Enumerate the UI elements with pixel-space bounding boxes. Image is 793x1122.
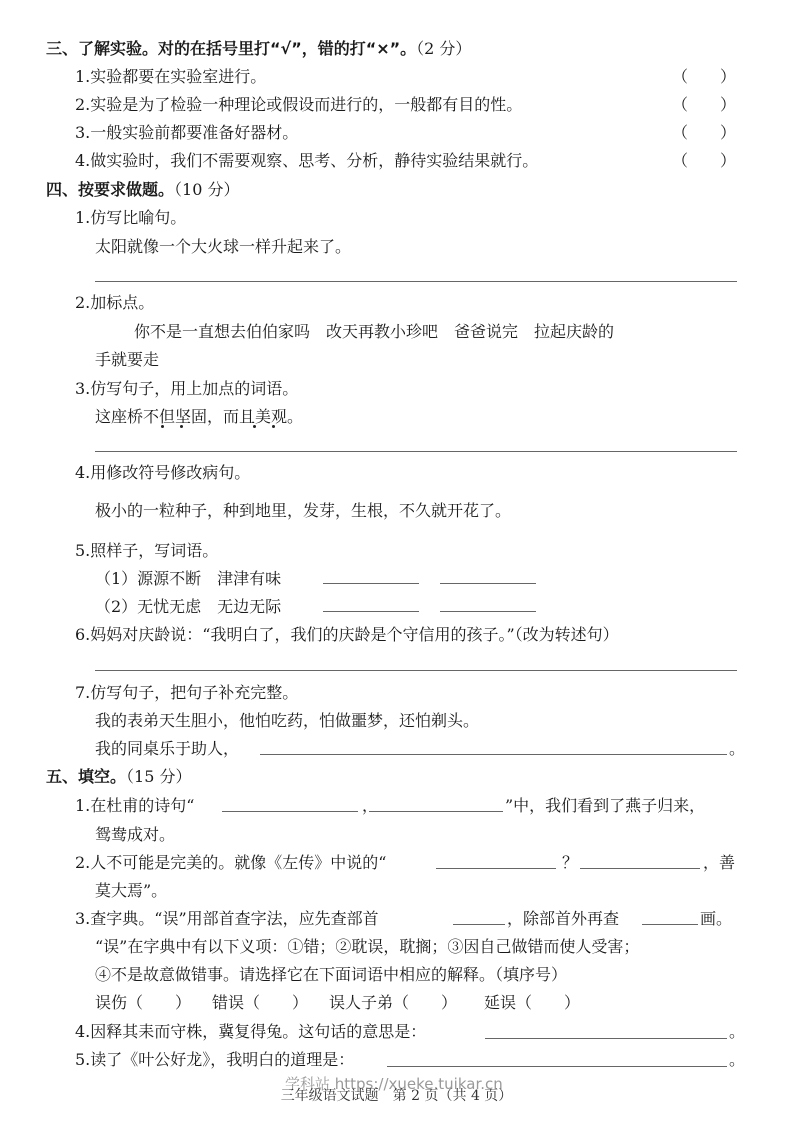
s5-q5-end: 。 xyxy=(729,1047,745,1070)
section-4-points: （10 分） xyxy=(174,180,239,199)
s5-q3-blank-strokes[interactable] xyxy=(642,924,698,925)
s4-q3-label: 3.仿写句子，用上加点的词语。 xyxy=(75,376,298,399)
s5-q2-b: ，善 xyxy=(703,850,735,873)
section-4-title: 四、按要求做题。 xyxy=(46,180,174,199)
s5-q4-text: 4.因释其耒而守株，冀复得兔。这句话的意思是： xyxy=(75,1019,426,1042)
s5-q3-blank-radical[interactable] xyxy=(453,924,505,925)
item-text: 一般实验前都要准备好器材。 xyxy=(90,123,298,142)
s5-q1-blank-2[interactable] xyxy=(369,811,503,812)
item-number: 1. xyxy=(75,67,90,86)
s4-q2-line2: 手就要走 xyxy=(95,347,159,370)
s3-answer-3[interactable]: （ ） xyxy=(672,120,736,143)
s4-q6-label: 6.妈妈对庆龄说：“我明白了，我们的庆龄是个守信用的孩子。”（改为转述句） xyxy=(75,622,619,645)
s4-q1-label: 1.仿写比喻句。 xyxy=(75,205,186,228)
s4-q7-prompt: 我的同桌乐于助人， xyxy=(95,736,239,759)
s3-answer-4[interactable]: （ ） xyxy=(672,148,736,171)
item-number: 4. xyxy=(75,151,90,170)
s4-q4-sentence: 极小的一粒种子，种到地里，发芽，生根，不久就开花了。 xyxy=(95,498,511,521)
s5-q5-text: 5.读了《叶公好龙》，我明白的道理是： xyxy=(75,1047,354,1070)
section-5-title: 五、填空。 xyxy=(46,767,126,786)
section-4-heading: 四、按要求做题。（10 分） xyxy=(46,177,239,200)
s4-q5-blank-2b[interactable] xyxy=(440,611,536,612)
section-3-title: 三、了解实验。对的在括号里打“√”，错的打“×”。 xyxy=(46,39,416,58)
s5-q2-blank-2[interactable] xyxy=(580,868,700,869)
s5-q1-blank-1[interactable] xyxy=(222,811,358,812)
s3-item-2: 2.实验是为了检验一种理论或假设而进行的，一般都有目的性。 xyxy=(75,92,522,115)
section-3-heading: 三、了解实验。对的在括号里打“√”，错的打“×”。（2 分） xyxy=(46,36,471,59)
s4-q7-end: 。 xyxy=(729,736,745,759)
s5-q3-a: 3.查字典。“误”用部首查字法，应先查部首 xyxy=(75,906,379,929)
s4-q5-row-2: （2）无忧无虑 无边无际 xyxy=(95,594,281,617)
emphasis-dot-icon xyxy=(161,425,164,428)
s3-answer-2[interactable]: （ ） xyxy=(672,92,736,115)
s4-q7-example: 我的表弟天生胆小，他怕吃药，怕做噩梦，还怕剃头。 xyxy=(95,708,479,731)
s5-q3-c: 画。 xyxy=(700,906,732,929)
s5-q3-line3: ④不是故意做错事。请选择它在下面词语中相应的解释。（填序号） xyxy=(95,962,567,985)
s3-item-4: 4.做实验时，我们不需要观察、思考、分析，静待实验结果就行。 xyxy=(75,148,538,171)
item-text: 实验都要在实验室进行。 xyxy=(90,67,266,86)
item-text: 做实验时，我们不需要观察、思考、分析，静待实验结果就行。 xyxy=(90,151,538,170)
s4-q3-answer-line[interactable] xyxy=(95,451,737,452)
s4-q6-answer-line[interactable] xyxy=(95,670,737,671)
s5-q3-b: ，除部首外再查 xyxy=(507,906,619,929)
s5-q1-line2: 鸳鸯成对。 xyxy=(95,822,175,845)
section-3-points: （2 分） xyxy=(416,39,471,58)
s5-q5-answer-line[interactable] xyxy=(387,1066,727,1067)
s5-q2-a: 2.人不可能是完美的。就像《左传》中说的“ xyxy=(75,850,386,873)
s4-q5-label: 5.照样子，写词语。 xyxy=(75,538,218,561)
s4-q5-row-1: （1）源源不断 津津有味 xyxy=(95,566,281,589)
s3-answer-1[interactable]: （ ） xyxy=(672,64,736,87)
s4-q5-blank-1a[interactable] xyxy=(323,583,419,584)
s4-q5-blank-2a[interactable] xyxy=(323,611,419,612)
section-5-points: （15 分） xyxy=(126,767,191,786)
page-footer: 三年级语文试题 第 2 页（共 4 页） xyxy=(0,1085,793,1105)
s4-q7-answer-line[interactable] xyxy=(260,754,727,755)
s4-q1-answer-line[interactable] xyxy=(95,281,737,282)
item-number: 3. xyxy=(75,123,90,142)
s4-q4-label: 4.用修改符号修改病句。 xyxy=(75,460,250,483)
s3-item-3: 3.一般实验前都要准备好器材。 xyxy=(75,120,298,143)
item-text: 实验是为了检验一种理论或假设而进行的，一般都有目的性。 xyxy=(90,95,522,114)
s4-q2-line1: 你不是一直想去伯伯家吗 改天再教小珍吧 爸爸说完 拉起庆龄的 xyxy=(134,319,614,342)
emphasis-dot-icon xyxy=(180,425,183,428)
s5-q4-end: 。 xyxy=(729,1019,745,1042)
s4-q3-example: 这座桥不但坚固，而且美观。 xyxy=(95,404,303,427)
s5-q3-word-2[interactable]: 错误（ ） xyxy=(212,990,308,1013)
section-5-heading: 五、填空。（15 分） xyxy=(46,764,191,787)
s5-q3-word-3[interactable]: 误人子弟（ ） xyxy=(329,990,457,1013)
s5-q2-sep: ？ xyxy=(562,850,578,873)
item-number: 2. xyxy=(75,95,90,114)
s5-q1-sep: ， xyxy=(362,793,378,816)
s4-q2-label: 2.加标点。 xyxy=(75,290,154,313)
s5-q3-line2: “误”在字典中有以下义项：①错；②耽误，耽搁；③因自己做错而使人受害； xyxy=(95,934,639,957)
s4-q1-example: 太阳就像一个大火球一样升起来了。 xyxy=(95,234,351,257)
emphasis-dot-icon xyxy=(253,425,256,428)
s4-q5-blank-1b[interactable] xyxy=(440,583,536,584)
s5-q3-word-4[interactable]: 延误（ ） xyxy=(484,990,580,1013)
s5-q4-answer-line[interactable] xyxy=(485,1038,727,1039)
s3-item-1: 1.实验都要在实验室进行。 xyxy=(75,64,266,87)
emphasis-dot-icon xyxy=(272,425,275,428)
s5-q1-a: 1.在杜甫的诗句“ xyxy=(75,793,194,816)
s5-q1-b: ”中，我们看到了燕子归来， xyxy=(505,793,705,816)
s5-q2-blank-1[interactable] xyxy=(436,868,556,869)
s5-q2-line2: 莫大焉”。 xyxy=(95,878,167,901)
s4-q7-label: 7.仿写句子，把句子补充完整。 xyxy=(75,680,298,703)
s5-q3-word-1[interactable]: 误伤（ ） xyxy=(95,990,191,1013)
